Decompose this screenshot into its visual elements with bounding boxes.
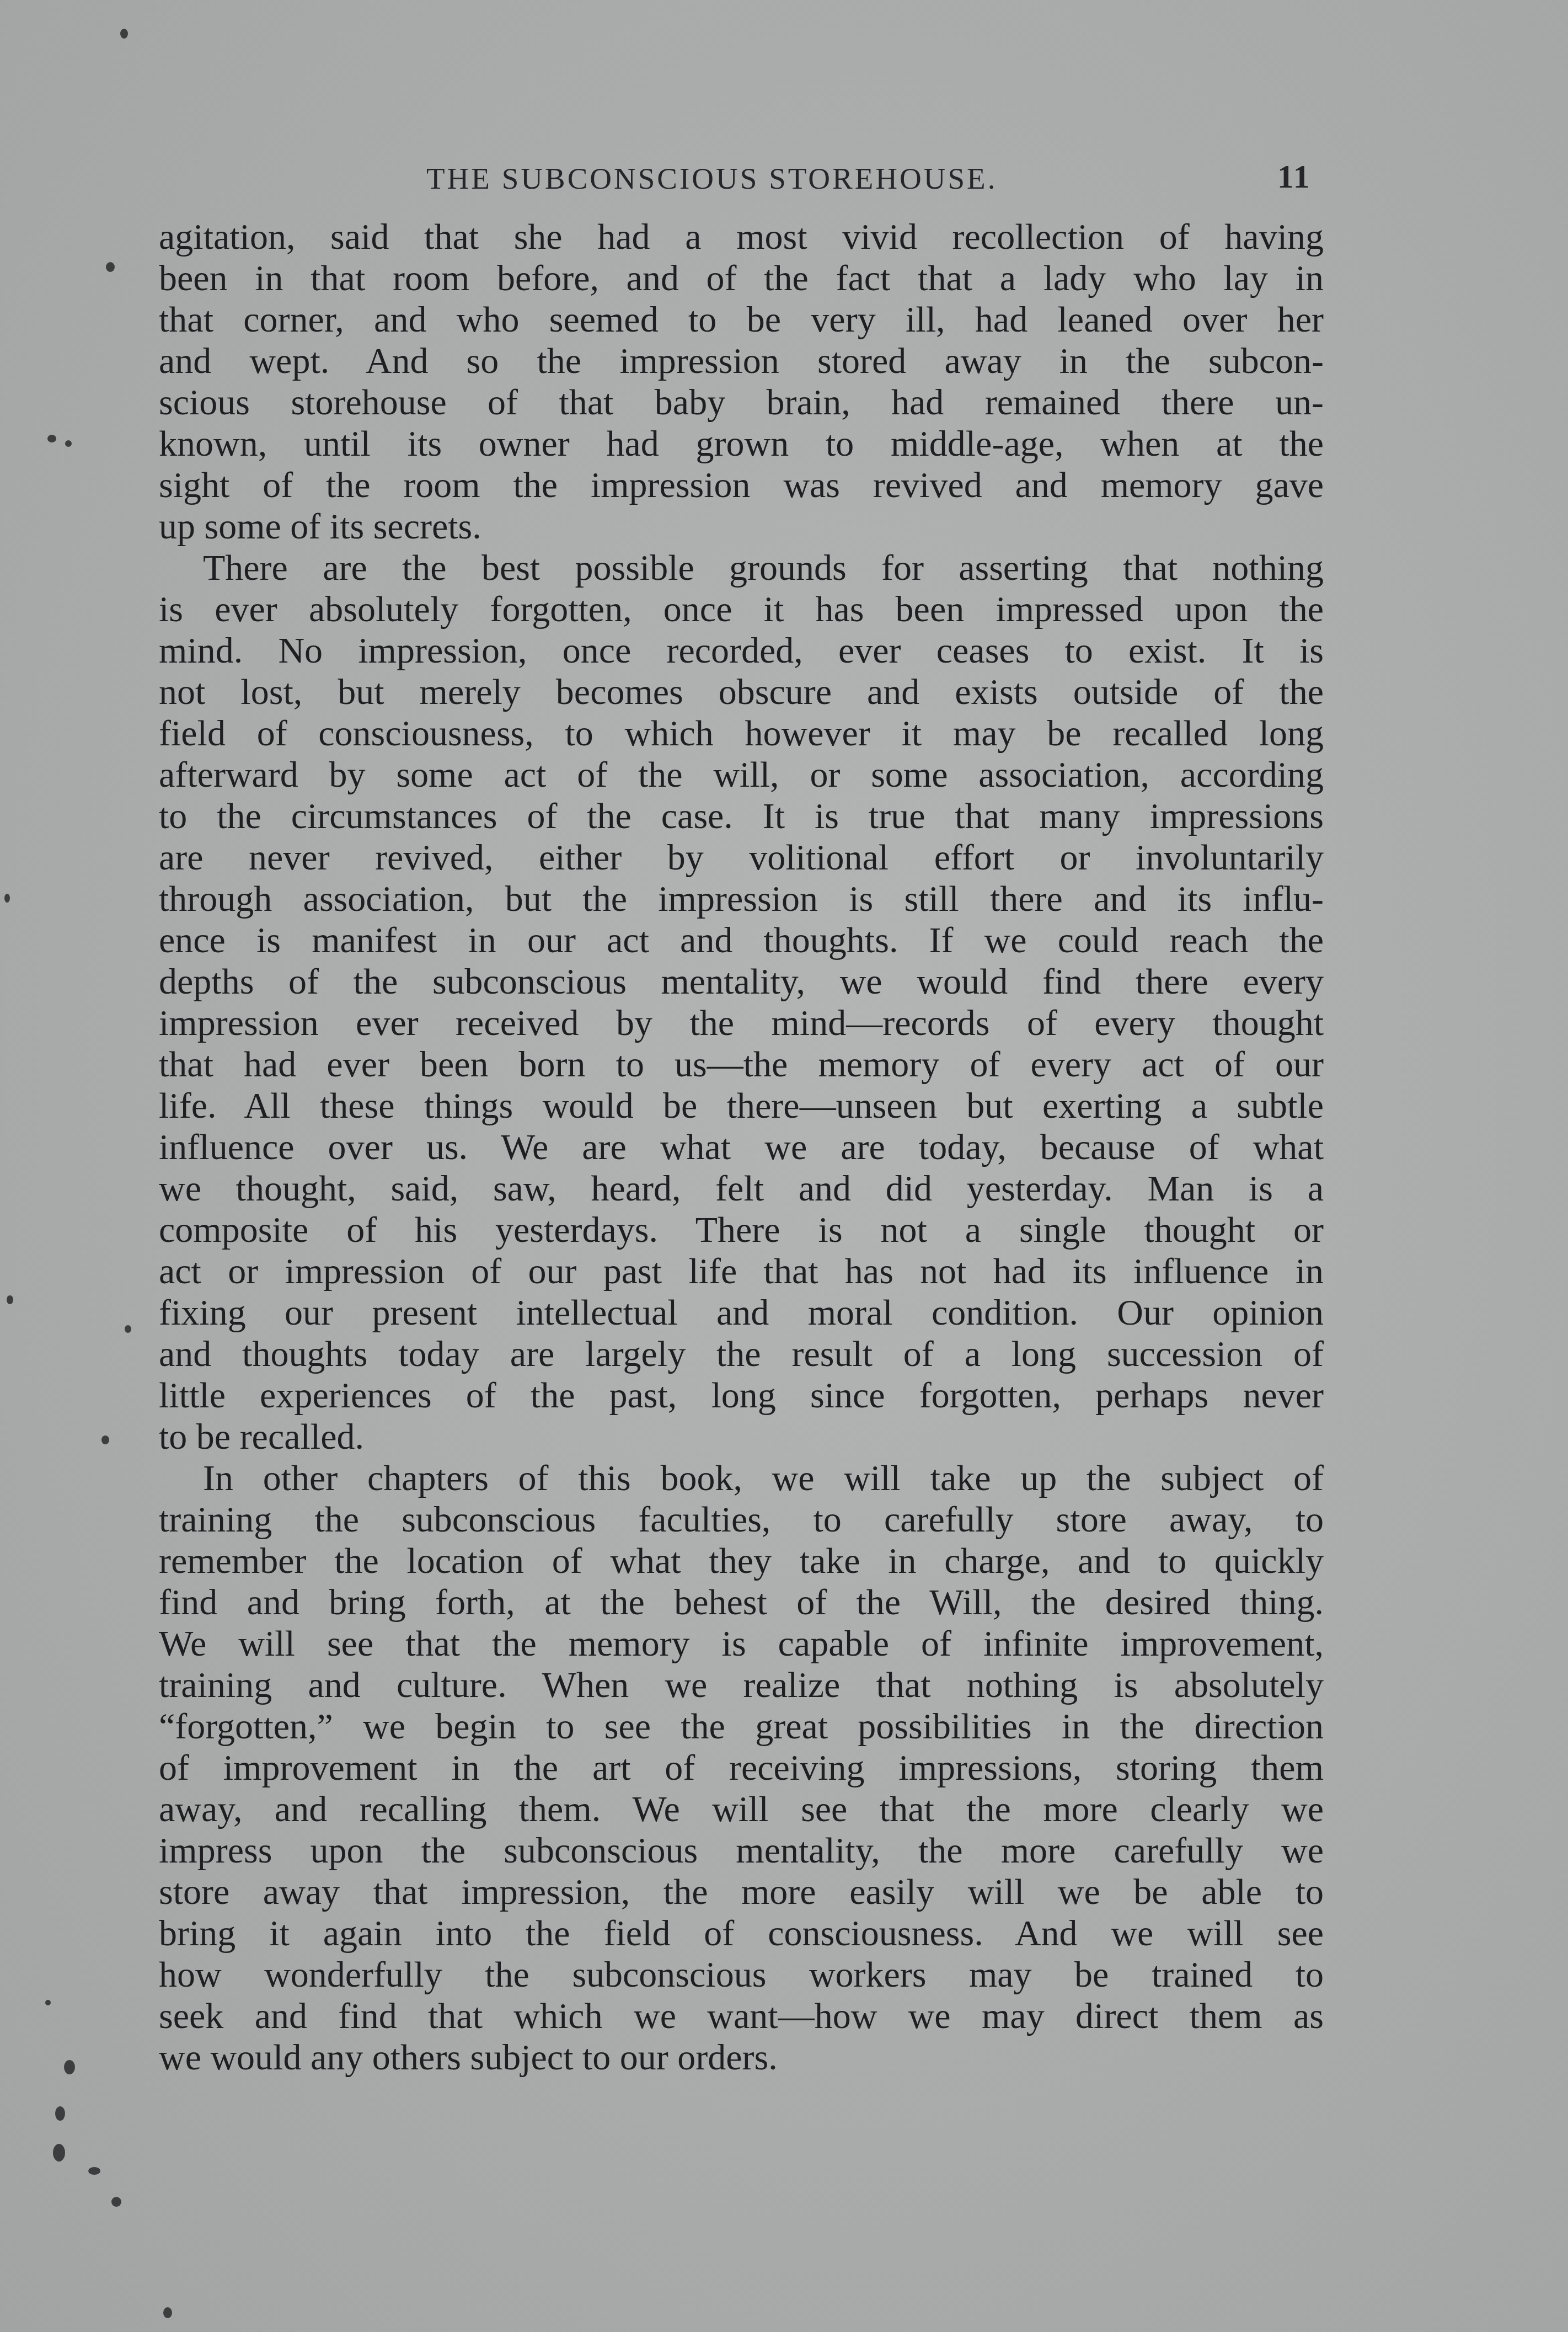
text-line: ence is manifest in our act and thoughts… bbox=[159, 920, 1324, 961]
text-line: of improvement in the art of receiving i… bbox=[159, 1747, 1324, 1789]
text-line: bring it again into the field of conscio… bbox=[159, 1913, 1324, 1954]
text-line: composite of his yesterdays. There is no… bbox=[159, 1209, 1324, 1251]
ink-speck bbox=[65, 440, 72, 447]
text-line: away, and recalling them. We will see th… bbox=[159, 1789, 1324, 1830]
text-line: that corner, and who seemed to be very i… bbox=[159, 299, 1324, 340]
text-line: been in that room before, and of the fac… bbox=[159, 258, 1324, 299]
ink-speck bbox=[120, 29, 128, 39]
text-line: store away that impression, the more eas… bbox=[159, 1871, 1324, 1913]
text-line: known, until its owner had grown to midd… bbox=[159, 423, 1324, 465]
text-line: There are the best possible grounds for … bbox=[159, 547, 1324, 589]
text-line: mind. No impression, once recorded, ever… bbox=[159, 630, 1324, 671]
text-line: In other chapters of this book, we will … bbox=[159, 1458, 1324, 1499]
text-line: depths of the subconscious mentality, we… bbox=[159, 961, 1324, 1002]
text-line: up some of its secrets. bbox=[159, 506, 1324, 547]
running-title: THE SUBCONSCIOUS STOREHOUSE. bbox=[426, 161, 997, 196]
ink-speck bbox=[88, 2167, 100, 2175]
text-line: we would any others subject to our order… bbox=[159, 2037, 1324, 2078]
text-line: We will see that the memory is capable o… bbox=[159, 1623, 1324, 1664]
ink-speck bbox=[7, 1295, 13, 1304]
text-line: “forgotten,” we begin to see the great p… bbox=[159, 1706, 1324, 1747]
text-line: training the subconscious faculties, to … bbox=[159, 1499, 1324, 1540]
ink-speck bbox=[101, 1436, 109, 1444]
text-line: training and culture. When we realize th… bbox=[159, 1664, 1324, 1706]
text-line: scious storehouse of that baby brain, ha… bbox=[159, 382, 1324, 423]
text-line: fixing our present intellectual and mora… bbox=[159, 1292, 1324, 1333]
text-line: how wonderfully the subconscious workers… bbox=[159, 1954, 1324, 1995]
paragraph-3: In other chapters of this book, we will … bbox=[159, 1458, 1324, 2078]
text-line: to be recalled. bbox=[159, 1416, 1324, 1458]
text-line: life. All these things would be there—un… bbox=[159, 1085, 1324, 1127]
text-line: afterward by some act of the will, or so… bbox=[159, 754, 1324, 796]
text-line: impression ever received by the mind—rec… bbox=[159, 1002, 1324, 1044]
text-line: field of consciousness, to which however… bbox=[159, 713, 1324, 754]
text-line: we thought, said, saw, heard, felt and d… bbox=[159, 1168, 1324, 1209]
text-line: to the circumstances of the case. It is … bbox=[159, 796, 1324, 837]
ink-speck bbox=[53, 2144, 65, 2162]
text-line: not lost, but merely becomes obscure and… bbox=[159, 671, 1324, 713]
text-line: through association, but the impression … bbox=[159, 878, 1324, 920]
text-line: agitation, said that she had a most vivi… bbox=[159, 216, 1324, 258]
paragraph-1: agitation, said that she had a most vivi… bbox=[159, 216, 1324, 547]
book-page: THE SUBCONSCIOUS STOREHOUSE. 11 agitatio… bbox=[0, 0, 1568, 2332]
text-line: that had ever been born to us—the memory… bbox=[159, 1044, 1324, 1085]
text-line: is ever absolutely forgotten, once it ha… bbox=[159, 589, 1324, 630]
running-head: THE SUBCONSCIOUS STOREHOUSE. 11 bbox=[158, 161, 1316, 200]
ink-speck bbox=[64, 2060, 75, 2074]
text-line: act or impression of our past life that … bbox=[159, 1251, 1324, 1292]
page-number: 11 bbox=[1277, 158, 1311, 196]
ink-speck bbox=[125, 1325, 131, 1333]
text-line: remember the location of what they take … bbox=[159, 1540, 1324, 1582]
body-text: agitation, said that she had a most vivi… bbox=[159, 216, 1324, 2078]
text-line: and thoughts today are largely the resul… bbox=[159, 1333, 1324, 1375]
paragraph-2: There are the best possible grounds for … bbox=[159, 547, 1324, 1458]
ink-speck bbox=[55, 2106, 65, 2121]
ink-speck bbox=[4, 894, 10, 903]
text-line: are never revived, either by volitional … bbox=[159, 837, 1324, 878]
text-line: sight of the room the impression was rev… bbox=[159, 465, 1324, 506]
ink-speck bbox=[163, 2307, 172, 2318]
text-line: impress upon the subconscious mentality,… bbox=[159, 1830, 1324, 1871]
ink-speck bbox=[111, 2197, 121, 2207]
text-line: little experiences of the past, long sin… bbox=[159, 1375, 1324, 1416]
text-line: influence over us. We are what we are to… bbox=[159, 1127, 1324, 1168]
ink-speck bbox=[47, 435, 56, 442]
ink-speck bbox=[106, 262, 115, 272]
ink-speck bbox=[45, 2000, 51, 2005]
text-line: find and bring forth, at the behest of t… bbox=[159, 1582, 1324, 1623]
text-line: seek and find that which we want—how we … bbox=[159, 1995, 1324, 2037]
text-line: and wept. And so the impression stored a… bbox=[159, 340, 1324, 382]
